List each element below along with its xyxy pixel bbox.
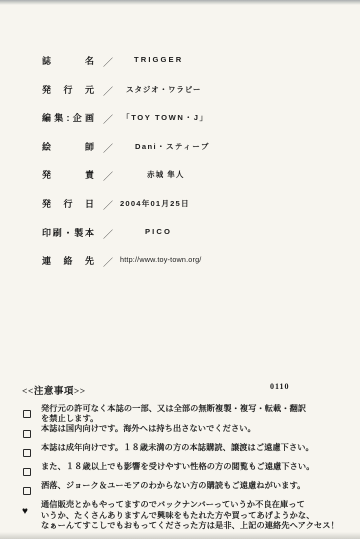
colophon-value: TRIGGER xyxy=(134,54,183,64)
notice-line: 本誌は国内向けです。海外へは持ち出さないでください。 xyxy=(41,424,346,434)
notice-text: また、１８歳以上でも影響を受けやすい性格の方の閲覧もご遠慮下さい。 xyxy=(41,462,346,472)
notice-line: 通信販売とかもやってますのでバックナンバーっていうか不良在庫って xyxy=(41,500,346,510)
colophon-row: 編集:企画 ／ 「TOY TOWN・J」 xyxy=(42,111,340,140)
checkbox-icon xyxy=(23,487,31,495)
colophon-label: 印刷・製本 xyxy=(42,226,94,239)
notice-marker xyxy=(22,404,41,423)
notice-marker xyxy=(22,424,41,443)
scan-edge-top xyxy=(0,0,360,5)
checkbox-icon xyxy=(23,449,31,457)
notice-item: 発行元の許可なく本誌の一部、又は全部の無断複製・複写・転載・翻訳を禁止します。 xyxy=(22,404,346,424)
colophon-label: 発行元 xyxy=(42,83,94,96)
notice-marker xyxy=(22,443,41,462)
colophon-value: PICO xyxy=(145,226,172,236)
slash-separator: ／ xyxy=(103,54,113,69)
colophon-row: 絵師 ／ Dani・スティーブ xyxy=(42,140,340,169)
notice-item: ♥ 通信販売とかもやってますのでバックナンバーっていうか不良在庫っていうか、たく… xyxy=(22,500,346,531)
colophon-value: 赤城 隼人 xyxy=(147,168,184,180)
colophon-value: スタジオ・ワラビー xyxy=(126,83,201,95)
notice-line: 本誌は成年向けです。１８歳未満の方の本誌購読、譲渡はご遠慮下さい。 xyxy=(41,443,346,453)
slash-separator: ／ xyxy=(103,254,113,269)
slash-separator: ／ xyxy=(103,168,113,183)
slash-separator: ／ xyxy=(103,197,113,212)
checkbox-icon xyxy=(23,430,31,438)
colophon-label: 連絡先 xyxy=(42,254,94,267)
notices-heading: <<注意事項>> xyxy=(22,387,86,397)
slash-separator: ／ xyxy=(103,226,113,241)
checkbox-icon xyxy=(23,410,31,418)
colophon-row: 発行元 ／ スタジオ・ワラビー xyxy=(42,83,340,112)
notice-line: 洒落、ジョーク＆ユーモアのわからない方の購読もご遠慮ねがいます。 xyxy=(41,481,346,491)
colophon-row: 誌名 ／ TRIGGER xyxy=(42,54,340,83)
slash-separator: ／ xyxy=(103,111,113,126)
colophon-value: Dani・スティーブ xyxy=(135,140,210,152)
notice-marker xyxy=(22,481,41,500)
notice-line: いうか、たくさんありますんで興味をもたれた方や買ってあげようかな、 xyxy=(41,511,346,521)
notice-marker xyxy=(22,462,41,481)
notice-text: 発行元の許可なく本誌の一部、又は全部の無断複製・複写・転載・翻訳を禁止します。 xyxy=(41,404,346,424)
scanned-colophon-page: 誌名 ／ TRIGGER 発行元 ／ スタジオ・ワラビー 編集:企画 ／ 「TO… xyxy=(0,0,360,539)
checkbox-icon xyxy=(23,468,31,476)
notice-line: また、１８歳以上でも影響を受けやすい性格の方の閲覧もご遠慮下さい。 xyxy=(41,462,346,472)
colophon-value: 2004年01月25日 xyxy=(120,197,190,209)
notice-line: 発行元の許可なく本誌の一部、又は全部の無断複製・複写・転載・翻訳 xyxy=(41,404,346,414)
notice-text: 通信販売とかもやってますのでバックナンバーっていうか不良在庫っていうか、たくさん… xyxy=(41,500,346,531)
colophon-value: http://www.toy-town.org/ xyxy=(120,254,202,264)
notice-items: 発行元の許可なく本誌の一部、又は全部の無断複製・複写・転載・翻訳を禁止します。 … xyxy=(22,404,346,531)
colophon-row: 発行日 ／ 2004年01月25日 xyxy=(42,197,340,226)
notice-line: なぁーんてすこしでもおもってくださった方は是非、上記の連絡先へアクセス！ xyxy=(41,521,346,531)
slash-separator: ／ xyxy=(103,83,113,98)
colophon-label: 誌名 xyxy=(42,54,94,67)
notices-header: <<注意事項>> 0110 xyxy=(22,381,346,395)
heart-icon: ♥ xyxy=(22,508,28,516)
page-code: 0110 xyxy=(270,382,290,391)
colophon-label: 発行日 xyxy=(42,197,94,210)
notice-text: 本誌は成年向けです。１８歳未満の方の本誌購読、譲渡はご遠慮下さい。 xyxy=(41,443,346,453)
colophon-value: 「TOY TOWN・J」 xyxy=(122,111,209,123)
notice-line: を禁止します。 xyxy=(41,414,346,424)
notice-item: 本誌は国内向けです。海外へは持ち出さないでください。 xyxy=(22,424,346,443)
colophon-label: 編集:企画 xyxy=(42,111,94,124)
notice-text: 洒落、ジョーク＆ユーモアのわからない方の購読もご遠慮ねがいます。 xyxy=(41,481,346,491)
notice-item: 本誌は成年向けです。１８歳未満の方の本誌購読、譲渡はご遠慮下さい。 xyxy=(22,443,346,462)
colophon-label: 発責 xyxy=(42,168,94,181)
notice-item: また、１８歳以上でも影響を受けやすい性格の方の閲覧もご遠慮下さい。 xyxy=(22,462,346,481)
notice-item: 洒落、ジョーク＆ユーモアのわからない方の購読もご遠慮ねがいます。 xyxy=(22,481,346,500)
slash-separator: ／ xyxy=(103,140,113,155)
notice-marker: ♥ xyxy=(22,500,41,519)
scan-edge-bottom xyxy=(0,532,360,539)
notices-section: <<注意事項>> 0110 発行元の許可なく本誌の一部、又は全部の無断複製・複写… xyxy=(22,381,346,531)
notice-text: 本誌は国内向けです。海外へは持ち出さないでください。 xyxy=(41,424,346,434)
colophon-table: 誌名 ／ TRIGGER 発行元 ／ スタジオ・ワラビー 編集:企画 ／ 「TO… xyxy=(42,54,340,283)
colophon-row: 印刷・製本 ／ PICO xyxy=(42,226,340,255)
colophon-label: 絵師 xyxy=(42,140,94,153)
colophon-row: 発責 ／ 赤城 隼人 xyxy=(42,168,340,197)
colophon-row: 連絡先 ／ http://www.toy-town.org/ xyxy=(42,254,340,283)
